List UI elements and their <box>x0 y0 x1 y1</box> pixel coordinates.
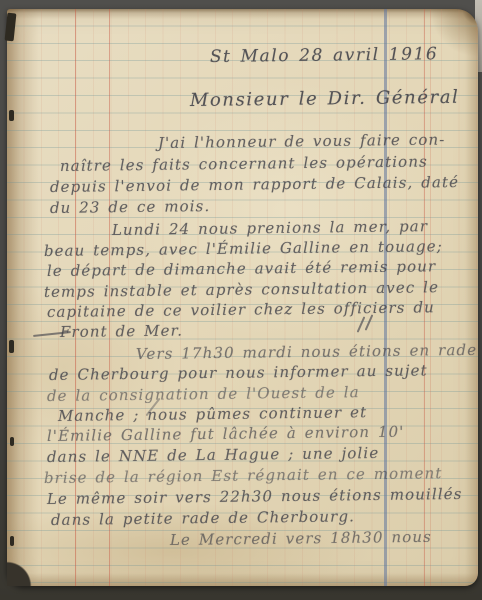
body-line: du 23 de ce mois. <box>50 197 211 217</box>
binding-stitch-mark <box>9 340 14 353</box>
bottom-left-corner-fold <box>7 558 35 586</box>
dateline: St Malo 28 avril 1916 <box>210 44 439 67</box>
body-line: Le Mercredi vers 18h30 nous <box>170 528 432 549</box>
salutation: Monsieur le Dir. Général <box>190 87 460 111</box>
binding-stitch-mark <box>10 437 14 446</box>
binding-stitch-mark <box>9 110 14 121</box>
body-line: dans la petite rade de Cherbourg. <box>51 507 355 529</box>
body-line: J'ai l'honneur de vous faire con- <box>158 130 446 152</box>
body-line: Front de Mer. <box>60 321 183 341</box>
binding-stitch-mark <box>10 536 14 546</box>
body-line: Manche ; nous pûmes continuer et <box>58 403 367 425</box>
body-line: de la consignation de l'Ouest de la <box>47 383 360 405</box>
scanned-letter-page: St Malo 28 avril 1916 Monsieur le Dir. G… <box>0 0 482 600</box>
